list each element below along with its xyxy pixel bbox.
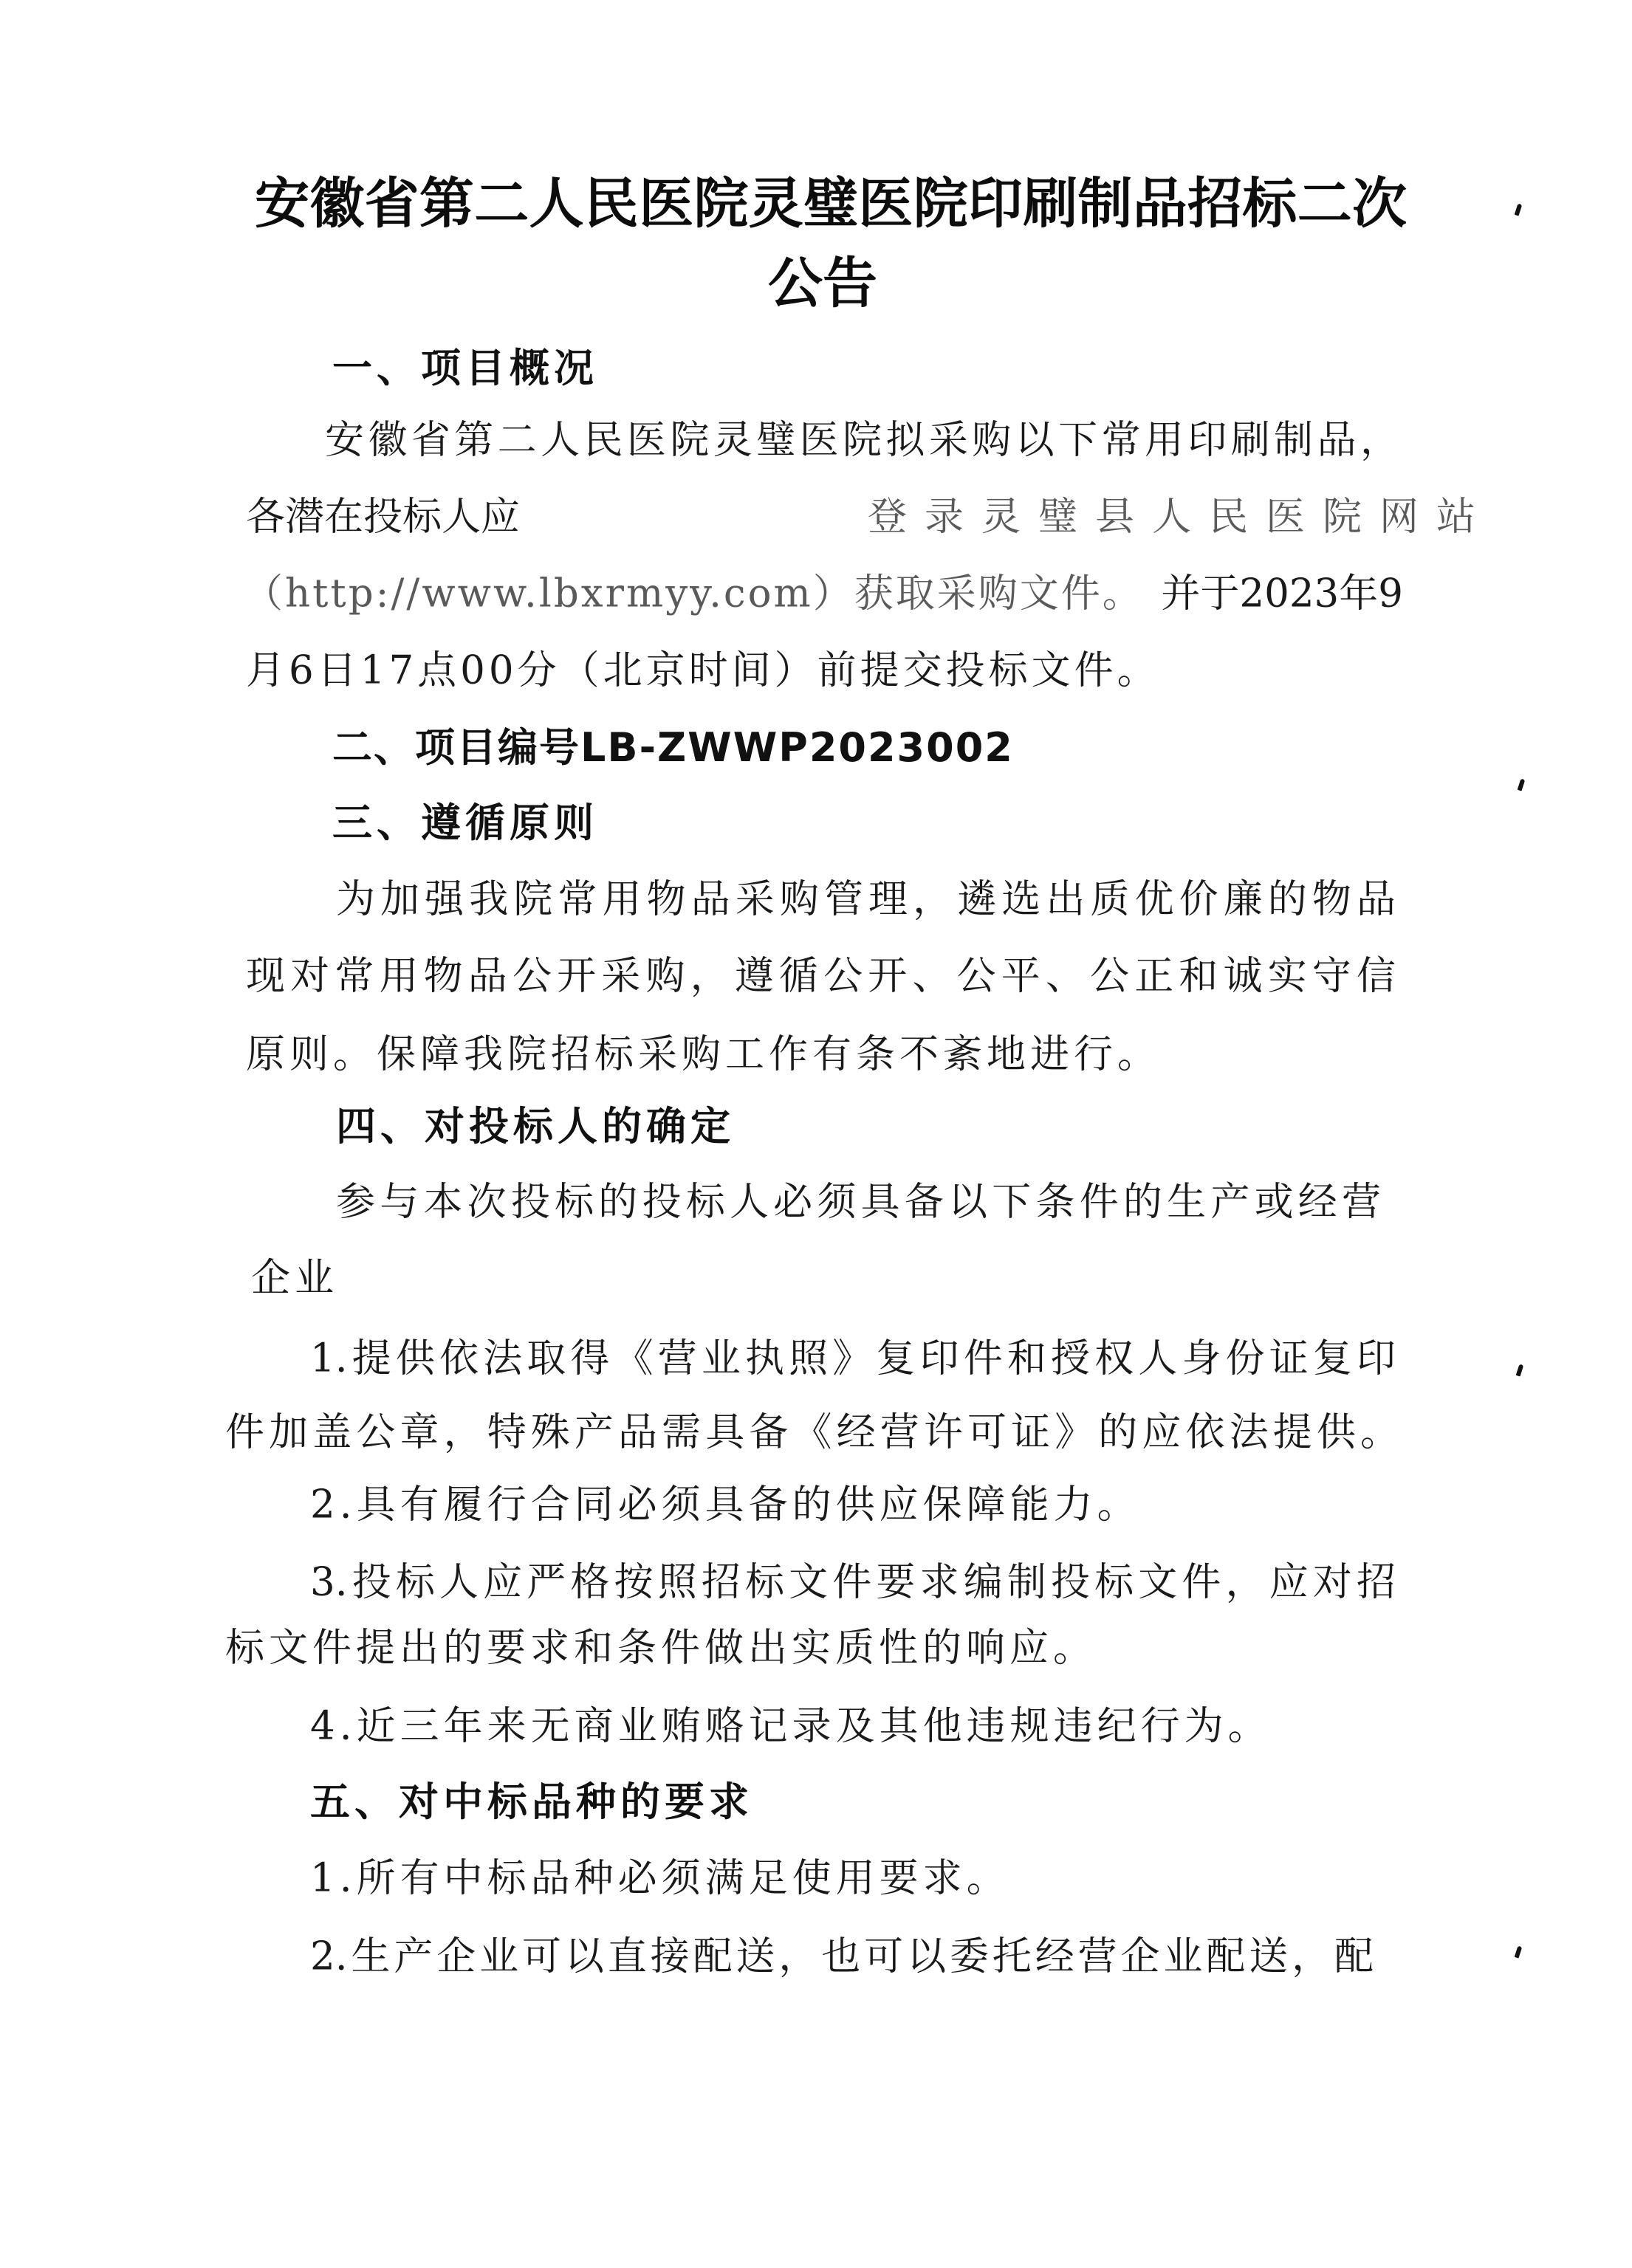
binding-mark: [1515, 203, 1523, 216]
document-title-line-1: 安徽省第二人民医院灵璧医院印刷制品招标二次: [255, 176, 1407, 231]
document-page: 安徽省第二人民医院灵璧医院印刷制品招标二次 公告 一、项目概况 安徽省第二人民医…: [0, 0, 1632, 2268]
section-3-heading: 三、遵循原则: [332, 803, 598, 843]
section-4-item-4: 4.近三年来无商业贿赂记录及其他违规违纪行为。: [310, 1707, 1272, 1746]
section-1-paragraph-line-1: 安徽省第二人民医院灵璧医院拟采购以下常用印刷制品，: [325, 421, 1399, 460]
line-2-black-part: 各潜在投标人应: [246, 498, 844, 537]
section-4-item-3-line-1: 3.投标人应严格按照招标文件要求编制投标文件，应对招: [310, 1563, 1396, 1602]
section-5-heading: 五、对中标品种的要求: [310, 1782, 753, 1822]
section-1-paragraph-line-2: 各潜在投标人应 登录灵璧县人民医院网站: [246, 498, 1399, 537]
section-3-paragraph-line-2: 现对常用物品公开采购，遵循公开、公平、公正和诚实守信: [246, 957, 1396, 996]
section-4-item-1-line-1: 1.提供依法取得《营业执照》复印件和授权人身份证复印: [310, 1339, 1396, 1378]
binding-mark: [1516, 1364, 1524, 1376]
binding-mark: [1518, 778, 1526, 791]
section-5-item-1: 1.所有中标品种必须满足使用要求。: [310, 1859, 1010, 1898]
binding-mark: [1515, 1945, 1523, 1958]
section-5-item-2-line-1: 2.生产企业可以直接配送，也可以委托经营企业配送，配: [310, 1937, 1374, 1976]
section-4-intro-line-2: 企业: [251, 1259, 338, 1298]
section-2-heading-project-number: 二、项目编号LB-ZWWP2023002: [332, 728, 1014, 768]
section-3-paragraph-line-1: 为加强我院常用物品采购管理，遴选出质优价廉的物品: [336, 880, 1396, 919]
section-4-item-1-line-2: 件加盖公章，特殊产品需具备《经营许可证》的应依法提供。: [225, 1413, 1399, 1452]
website-url-link[interactable]: （http://www.lbxrmyy.com）获取采购文件。: [244, 574, 1144, 614]
section-4-item-2: 2.具有履行合同必须具备的供应保障能力。: [310, 1485, 1141, 1525]
section-4-item-3-line-2: 标文件提出的要求和条件做出实质性的响应。: [225, 1629, 1097, 1668]
deadline-year-text: 并于2023年9: [1161, 574, 1403, 614]
document-title-line-2: 公告: [768, 256, 877, 311]
section-1-paragraph-line-3: （http://www.lbxrmyy.com）获取采购文件。 并于2023年9: [244, 574, 1403, 614]
website-reference-text: 登录灵璧县人民医院网站: [868, 498, 1399, 537]
section-1-paragraph-line-4: 月6日17点00分（北京时间）前提交投标文件。: [246, 651, 1160, 690]
section-1-heading: 一、项目概况: [332, 348, 598, 388]
section-4-intro-line-1: 参与本次投标的投标人必须具备以下条件的生产或经营: [336, 1183, 1381, 1222]
section-4-heading: 四、对投标人的确定: [336, 1107, 735, 1147]
section-3-paragraph-line-3: 原则。保障我院招标采购工作有条不紊地进行。: [246, 1035, 1161, 1074]
